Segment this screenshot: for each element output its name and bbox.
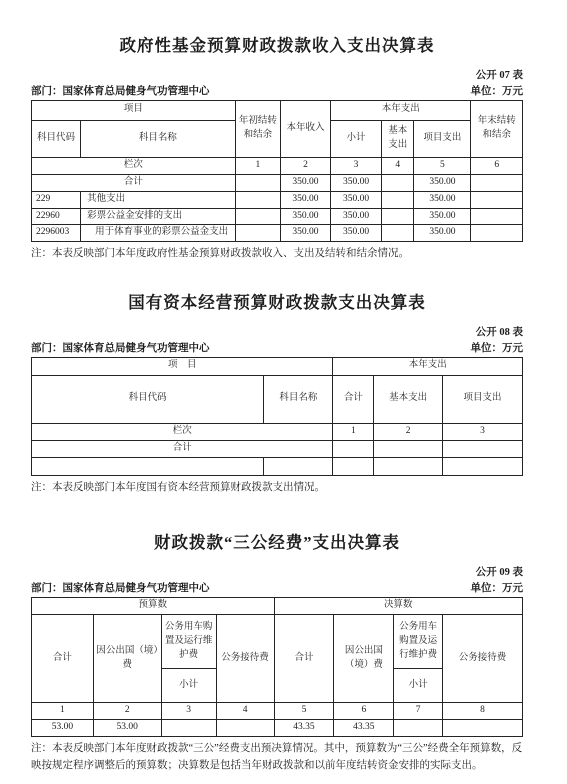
col-header-budget-total: 合计 (32, 615, 94, 703)
subject-name-cell: 其他支出 (81, 191, 236, 208)
col-header-total: 合计 (333, 375, 374, 423)
value-cell: 43.35 (334, 720, 394, 737)
col-header-basic-expense: 基本支出 (374, 375, 443, 423)
value-cell (235, 225, 280, 242)
value-cell (374, 457, 443, 475)
value-cell: 350.00 (414, 208, 471, 225)
value-cell: 350.00 (331, 208, 382, 225)
value-cell (471, 225, 523, 242)
subject-name-cell: 彩票公益金安排的支出 (81, 208, 236, 225)
value-cell (471, 208, 523, 225)
col-header-project-expense: 项目支出 (442, 375, 522, 423)
col-header-project: 项目 (32, 100, 236, 120)
total-cell (382, 174, 414, 191)
table-row (32, 457, 523, 475)
govt-fund-budget-table: 项目 年初结转和结余 本年收入 本年支出 年末结转和结余 科目代码 科目名称 小… (31, 100, 523, 242)
column-index: 7 (394, 703, 443, 720)
value-cell (471, 191, 523, 208)
column-index: 5 (274, 703, 334, 720)
col-header-project: 项 目 (32, 357, 333, 375)
state-capital-budget-section: 国有资本经营预算财政拨款支出决算表 公开 08 表 部门：国家体育总局健身气功管… (31, 293, 523, 497)
table3-meta-row: 部门：国家体育总局健身气功管理中心 单位：万元 (31, 580, 523, 595)
value-cell (442, 457, 522, 475)
value-cell (442, 720, 522, 737)
total-cell: 350.00 (414, 174, 471, 191)
value-cell (382, 225, 414, 242)
table1-department-label: 部门：国家体育总局健身气功管理中心 (31, 83, 210, 98)
column-index-row: 栏次 1 2 3 (32, 423, 523, 440)
value-cell (161, 720, 216, 737)
table2-unit-label: 单位：万元 (471, 340, 524, 355)
total-cell (442, 440, 522, 457)
table3-department-label: 部门：国家体育总局健身气功管理中心 (31, 580, 210, 595)
table3-sheet-number: 公开 09 表 (31, 564, 523, 579)
column-index-row: 栏次 1 2 3 4 5 6 (32, 157, 523, 174)
col-header-project-expense: 项目支出 (414, 120, 471, 157)
column-index: 2 (374, 423, 443, 440)
column-index-row: 1 2 3 4 5 6 7 8 (32, 703, 523, 720)
subject-code-cell: 22960 (32, 208, 81, 225)
column-index: 5 (414, 157, 471, 174)
col-header-subtotal: 小计 (331, 120, 382, 157)
column-index: 4 (382, 157, 414, 174)
value-cell: 43.35 (274, 720, 334, 737)
col-header-final-vehicle: 公务用车购置及运行维护费 (394, 615, 443, 669)
column-index: 1 (333, 423, 374, 440)
total-cell (471, 174, 523, 191)
three-public-expenses-table: 预算数 决算数 合计 因公出国（境）费 公务用车购置及运行维护费 公务接待费 合… (31, 597, 523, 737)
col-header-budget-abroad: 因公出国（境）费 (93, 615, 161, 703)
column-index: 3 (331, 157, 382, 174)
col-header-begin-balance: 年初结转和结余 (235, 100, 280, 157)
col-header-budget-vehicle-subtotal: 小计 (161, 669, 216, 703)
column-index: 4 (216, 703, 274, 720)
value-cell: 350.00 (280, 208, 330, 225)
column-index: 2 (93, 703, 161, 720)
column-index: 6 (334, 703, 394, 720)
col-header-final-figures: 决算数 (274, 598, 522, 615)
total-cell: 350.00 (331, 174, 382, 191)
col-header-subject-name: 科目名称 (81, 120, 236, 157)
table2-sheet-number: 公开 08 表 (31, 324, 523, 339)
column-index: 1 (32, 703, 94, 720)
value-cell (382, 208, 414, 225)
total-row: 合计 (32, 440, 523, 457)
govt-fund-budget-section: 政府性基金预算财政拨款收入支出决算表 公开 07 表 部门：国家体育总局健身气功… (31, 36, 523, 263)
page: 政府性基金预算财政拨款收入支出决算表 公开 07 表 部门：国家体育总局健身气功… (0, 0, 567, 784)
col-header-income: 本年收入 (280, 100, 330, 157)
three-public-expenses-section: 财政拨款“三公经费”支出决算表 公开 09 表 部门：国家体育总局健身气功管理中… (31, 533, 523, 774)
table1-unit-label: 单位：万元 (471, 83, 524, 98)
table2-meta-row: 部门：国家体育总局健身气功管理中心 单位：万元 (31, 340, 523, 355)
subject-name-cell: 用于体育事业的彩票公益金支出 (81, 225, 236, 242)
table1-sheet-number: 公开 07 表 (31, 67, 523, 82)
table1-meta-row: 部门：国家体育总局健身气功管理中心 单位：万元 (31, 83, 523, 98)
total-cell (333, 440, 374, 457)
col-header-expense: 本年支出 (333, 357, 523, 375)
state-capital-budget-table: 项 目 本年支出 科目代码 科目名称 合计 基本支出 项目支出 栏次 1 2 3… (31, 357, 523, 476)
column-index: 3 (161, 703, 216, 720)
table1-title: 政府性基金预算财政拨款收入支出决算表 (31, 36, 523, 56)
value-cell: 53.00 (93, 720, 161, 737)
table2-title: 国有资本经营预算财政拨款支出决算表 (31, 293, 523, 313)
value-cell: 350.00 (414, 225, 471, 242)
column-index: 2 (280, 157, 330, 174)
col-header-final-reception: 公务接待费 (442, 615, 522, 703)
lanci-label: 栏次 (32, 423, 333, 440)
col-header-subject-code: 科目代码 (32, 120, 81, 157)
total-label: 合计 (32, 440, 333, 457)
value-cell: 350.00 (331, 191, 382, 208)
value-cell: 350.00 (414, 191, 471, 208)
col-header-expense: 本年支出 (331, 100, 471, 120)
subject-code-cell: 229 (32, 191, 81, 208)
value-cell (216, 720, 274, 737)
value-cell (333, 457, 374, 475)
col-header-end-balance: 年末结转和结余 (471, 100, 523, 157)
subject-code-cell: 2296003 (32, 225, 81, 242)
value-cell: 350.00 (280, 225, 330, 242)
col-header-subject-name: 科目名称 (264, 375, 333, 423)
table1-footnote: 注：本表反映部门本年度政府性基金预算财政拨款收入、支出及结转和结余情况。 (31, 246, 523, 263)
table2-footnote: 注：本表反映部门本年度国有资本经营预算财政拨款支出情况。 (31, 480, 523, 497)
value-cell: 53.00 (32, 720, 94, 737)
col-header-budget-figures: 预算数 (32, 598, 275, 615)
table2-department-label: 部门：国家体育总局健身气功管理中心 (31, 340, 210, 355)
table-row: 53.00 53.00 43.35 43.35 (32, 720, 523, 737)
value-cell (235, 208, 280, 225)
col-header-final-abroad: 因公出国（境）费 (334, 615, 394, 703)
total-cell (235, 174, 280, 191)
total-cell (374, 440, 443, 457)
value-cell (235, 191, 280, 208)
table3-footnote: 注：本表反映部门本年度财政拨款“三公”经费支出预决算情况。其中，预算数为“三公”… (31, 741, 523, 775)
value-cell (394, 720, 443, 737)
value-cell (382, 191, 414, 208)
column-index: 8 (442, 703, 522, 720)
col-header-budget-vehicle: 公务用车购置及运行维护费 (161, 615, 216, 669)
column-index: 6 (471, 157, 523, 174)
col-header-basic-expense: 基本支出 (382, 120, 414, 157)
subject-name-cell (264, 457, 333, 475)
lanci-label: 栏次 (32, 157, 236, 174)
table3-unit-label: 单位：万元 (471, 580, 524, 595)
value-cell: 350.00 (331, 225, 382, 242)
value-cell: 350.00 (280, 191, 330, 208)
column-index: 1 (235, 157, 280, 174)
column-index: 3 (442, 423, 522, 440)
col-header-final-total: 合计 (274, 615, 334, 703)
table-row: 22960 彩票公益金安排的支出 350.00 350.00 350.00 (32, 208, 523, 225)
total-label: 合计 (32, 174, 236, 191)
table-row: 2296003 用于体育事业的彩票公益金支出 350.00 350.00 350… (32, 225, 523, 242)
total-row: 合计 350.00 350.00 350.00 (32, 174, 523, 191)
col-header-budget-reception: 公务接待费 (216, 615, 274, 703)
total-cell: 350.00 (280, 174, 330, 191)
table-row: 229 其他支出 350.00 350.00 350.00 (32, 191, 523, 208)
col-header-final-vehicle-subtotal: 小计 (394, 669, 443, 703)
table3-title: 财政拨款“三公经费”支出决算表 (31, 533, 523, 553)
subject-code-cell (32, 457, 264, 475)
col-header-subject-code: 科目代码 (32, 375, 264, 423)
